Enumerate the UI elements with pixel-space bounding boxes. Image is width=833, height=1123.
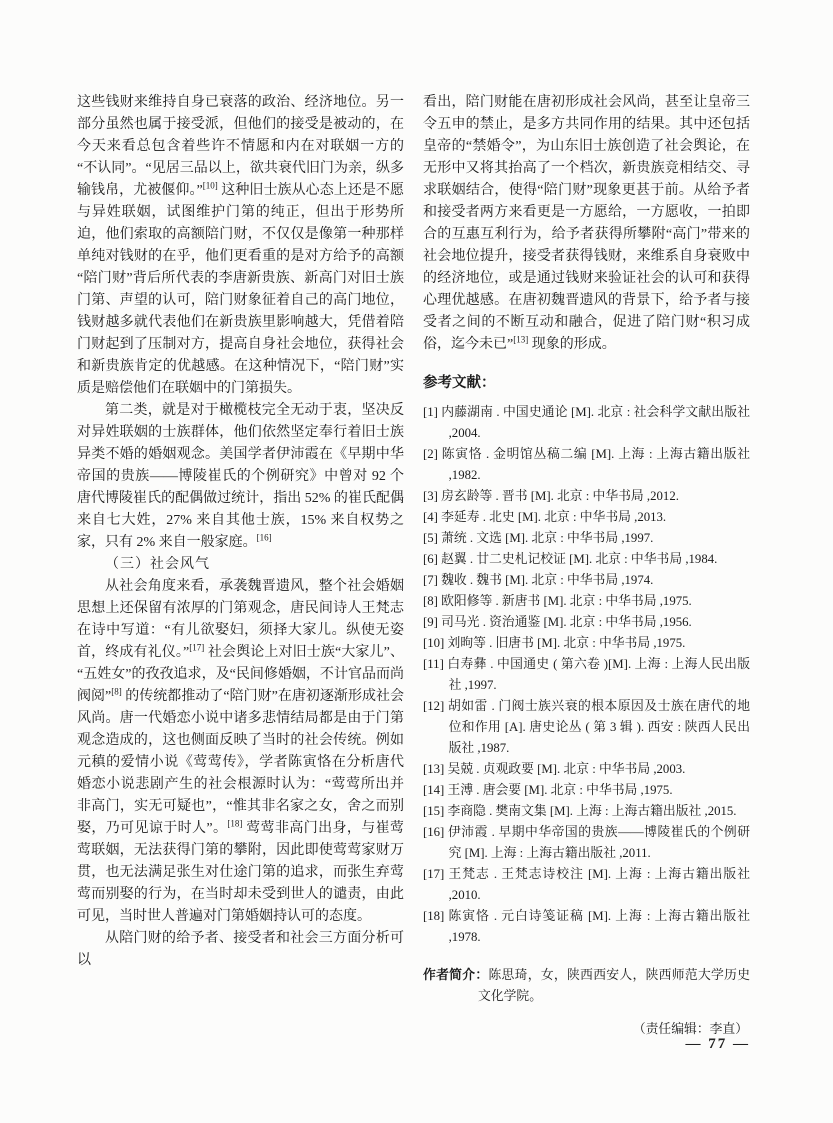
citation-marker: [8] — [111, 686, 122, 696]
reference-item: [3] 房玄龄等 . 晋书 [M]. 北京 : 中华书局 ,2012. — [423, 486, 750, 507]
reference-item: [8] 欧阳修等 . 新唐书 [M]. 北京 : 中华书局 ,1975. — [423, 591, 750, 612]
reference-item: [18] 陈寅恪 . 元白诗笺证稿 [M]. 上海 : 上海古籍出版社 ,197… — [423, 906, 750, 948]
citation-marker: [16] — [257, 532, 272, 542]
reference-item: [7] 魏收 . 魏书 [M]. 北京 : 中华书局 ,1974. — [423, 570, 750, 591]
reference-item: [4] 李延寿 . 北史 [M]. 北京 : 中华书局 ,2013. — [423, 507, 750, 528]
article-body: 这些钱财来维持自身已衰落的政治、经济地位。另一部分虽然也属于接受派，但他们的接受… — [77, 92, 750, 1040]
author-bio: 作者简介：陈思琦，女，陕西西安人，陕西师范大学历史文化学院。 — [423, 964, 750, 1007]
page-number: — 77 — — [77, 1036, 750, 1053]
reference-item: [1] 内藤湖南 . 中国史通论 [M]. 北京 : 社会科学文献出版社 ,20… — [423, 402, 750, 444]
citation-marker: [10] — [203, 180, 218, 190]
reference-item: [6] 赵翼 . 廿二史札记校证 [M]. 北京 : 中华书局 ,1984. — [423, 549, 750, 570]
citation-marker: [13] — [513, 334, 528, 344]
left-column: 这些钱财来维持自身已衰落的政治、经济地位。另一部分虽然也属于接受派，但他们的接受… — [77, 92, 404, 1040]
reference-item: [14] 王溥 . 唐会要 [M]. 北京 : 中华书局 ,1975. — [423, 780, 750, 801]
paragraph: 从社会角度来看，承袭魏晋遗风，整个社会婚姻思想上还保留有浓厚的门第观念，唐民间诗… — [77, 576, 404, 928]
citation-marker: [18] — [227, 818, 242, 828]
journal-page: 这些钱财来维持自身已衰落的政治、经济地位。另一部分虽然也属于接受派，但他们的接受… — [0, 0, 833, 1123]
references-list: [1] 内藤湖南 . 中国史通论 [M]. 北京 : 社会科学文献出版社 ,20… — [423, 402, 750, 948]
author-bio-text: 陈思琦，女，陕西西安人，陕西师范大学历史文化学院。 — [478, 968, 750, 1003]
reference-item: [17] 王梵志 . 王梵志诗校注 [M]. 上海 : 上海古籍出版社 ,201… — [423, 864, 750, 906]
reference-item: [12] 胡如雷 . 门阀士族兴衰的根本原因及士族在唐代的地位和作用 [A]. … — [423, 696, 750, 759]
paragraph: 这些钱财来维持自身已衰落的政治、经济地位。另一部分虽然也属于接受派，但他们的接受… — [77, 92, 404, 400]
right-column: 看出，陪门财能在唐初形成社会风尚，甚至让皇帝三令五申的禁止，是多方共同作用的结果… — [423, 92, 750, 1040]
references-heading: 参考文献： — [423, 372, 750, 394]
reference-item: [10] 刘昫等 . 旧唐书 [M]. 北京 : 中华书局 ,1975. — [423, 633, 750, 654]
section-heading: （三）社会风气 — [77, 554, 404, 576]
reference-item: [16] 伊沛霞 . 早期中华帝国的贵族——博陵崔氏的个例研究 [M]. 上海 … — [423, 822, 750, 864]
citation-marker: [17] — [189, 642, 204, 652]
reference-item: [15] 李商隐 . 樊南文集 [M]. 上海 : 上海古籍出版社 ,2015. — [423, 801, 750, 822]
paragraph: 看出，陪门财能在唐初形成社会风尚，甚至让皇帝三令五申的禁止，是多方共同作用的结果… — [423, 92, 750, 356]
reference-item: [9] 司马光 . 资治通鉴 [M]. 北京 : 中华书局 ,1956. — [423, 612, 750, 633]
reference-item: [13] 吴兢 . 贞观政要 [M]. 北京 : 中华书局 ,2003. — [423, 759, 750, 780]
reference-item: [5] 萧统 . 文选 [M]. 北京 : 中华书局 ,1997. — [423, 528, 750, 549]
reference-item: [11] 白寿彝 . 中国通史 ( 第六卷 )[M]. 上海 : 上海人民出版社… — [423, 654, 750, 696]
reference-item: [2] 陈寅恪 . 金明馆丛稿二编 [M]. 上海 : 上海古籍出版社 ,198… — [423, 444, 750, 486]
paragraph: 第二类，就是对于橄榄枝完全无动于衷，坚决反对异姓联姻的士族群体，他们依然坚定奉行… — [77, 400, 404, 554]
paragraph: 从陪门财的给予者、接受者和社会三方面分析可以 — [77, 928, 404, 972]
right-column-paragraphs: 看出，陪门财能在唐初形成社会风尚，甚至让皇帝三令五申的禁止，是多方共同作用的结果… — [423, 92, 750, 356]
author-bio-label: 作者简介： — [423, 967, 488, 982]
